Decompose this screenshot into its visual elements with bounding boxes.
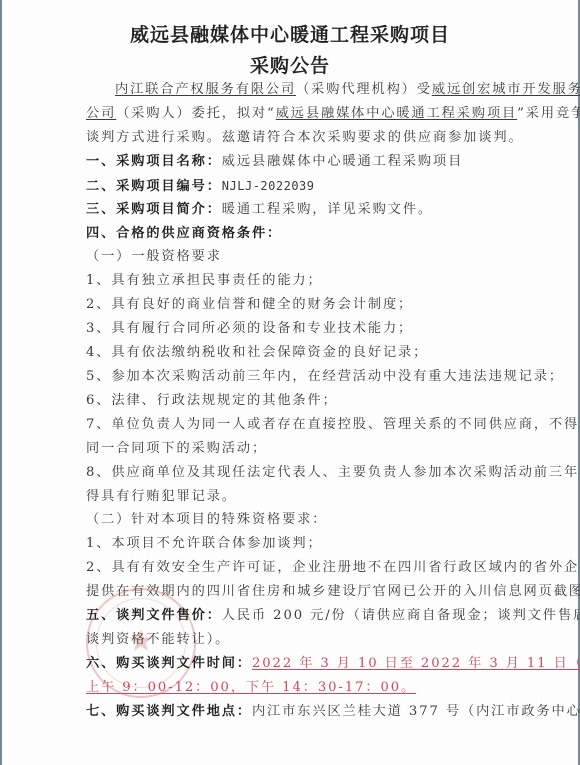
section-2-label: 二、采购项目编号： [86,179,222,194]
section-6: 六、购买谈判文件时间：2022 年 3 月 10 日至 2022 年 3 月 1… [86,655,512,673]
section-1: 一、采购项目名称：威远县融媒体中心暖通工程采购项目 [86,153,512,171]
special-requirements-heading: （二）针对本项目的特殊资格要求： [86,511,512,529]
section-6-label: 六、购买谈判文件时间： [86,656,252,671]
intro-line-1: 内江联合产权服务有限公司（采购代理机构）受威远创宏城市开发服务有限 [115,81,511,99]
section-3-value: 暖通工程采购，详见采购文件。 [222,202,433,217]
general-item: 1、具有独立承担民事责任的能力； [86,272,512,290]
section-6-continued: 上午 9：00-12：00，下午 14：30-17：00。 [86,679,512,697]
general-item: 同一合同项下的采购活动； [86,440,512,458]
general-item: 2、具有良好的商业信誉和健全的财务会计制度； [86,296,512,314]
intro-line-3: 谈判方式进行采购。兹邀请符合本次采购要求的供应商参加谈判。 [86,129,512,147]
section-1-value: 威远县融媒体中心暖通工程采购项目 [222,154,463,169]
document-title: 威远县融媒体中心暖通工程采购项目 [2,20,578,47]
general-item: 8、供应商单位及其现任法定代表人、主要负责人参加本次采购活动前三年内不 [86,464,512,482]
document-subtitle: 采购公告 [2,51,578,78]
general-item: 5、参加本次采购活动前三年内，在经营活动中没有重大违法违规记录； [86,368,512,386]
section-2-value: NJLJ-2022039 [222,179,315,193]
section-7-label: 七、购买谈判文件地点： [86,704,252,719]
section-4-heading: 四、合格的供应商资格条件： [86,225,512,243]
section-7: 七、购买谈判文件地点：内江市东兴区兰桂大道 377 号（内江市政务中心三楼公 [86,703,512,721]
general-item: 4、具有依法缴纳税收和社会保障资金的良好记录； [86,344,512,362]
general-item: 3、具有履行合同所必须的设备和专业技术能力； [86,320,512,338]
section-7-value: 内江市东兴区兰桂大道 377 号（内江市政务中心三楼公 [252,704,580,719]
purchaser-name-part2: 公司 [86,106,116,121]
purchaser-name-part1: 威远创宏城市开发服务有限 [432,82,580,97]
agency-name: 内江联合产权服务有限公司 [115,82,296,97]
section-3-label: 三、采购项目简介： [86,202,222,217]
section-6-value: 2022 年 3 月 10 日至 2022 年 3 月 11 日（节假日除外）， [252,656,580,671]
general-item: 得具有行贿犯罪记录。 [86,488,512,506]
purchaser-role: （采购人）委托，拟对“ [116,106,276,121]
special-item: 2、具有有效安全生产许可证，企业注册地不在四川省行政区域内的省外企业须 [86,559,512,577]
section-6-hours: 上午 9：00-12：00，下午 14：30-17：00。 [86,680,416,695]
section-1-label: 一、采购项目名称： [86,154,222,169]
section-5-continued: 谈判资格不能转让）。 [86,631,512,649]
method-part1: ”采用竞争性 [517,106,580,121]
section-2: 二、采购项目编号：NJLJ-2022039 [86,177,512,196]
section-3: 三、采购项目简介：暖通工程采购，详见采购文件。 [86,201,512,219]
intro-line-2: 公司（采购人）委托，拟对“威远县融媒体中心暖通工程采购项目”采用竞争性 [86,105,512,123]
general-requirements-heading: （一）一般资格要求 [86,248,512,266]
agency-role: （采购代理机构）受 [296,82,432,97]
general-item: 7、单位负责人为同一人或者存在直接控股、管理关系的不同供应商，不得参加 [86,416,512,434]
project-name-ref: 威远县融媒体中心暖通工程采购项目 [276,106,517,121]
document-page: 威远县融媒体中心暖通工程采购项目 采购公告 内江联合产权服务有限公司（采购代理机… [2,0,578,765]
general-item: 6、法律、行政法规规定的其他条件； [86,392,512,410]
section-5-value: 人民币 200 元/份（请供应商自备现金；谈判文件售后不退、 [222,608,580,623]
section-5: 五、谈判文件售价：人民币 200 元/份（请供应商自备现金；谈判文件售后不退、 [86,607,512,625]
special-item: 1、本项目不允许联合体参加谈判； [86,535,512,553]
section-5-label: 五、谈判文件售价： [86,608,222,623]
